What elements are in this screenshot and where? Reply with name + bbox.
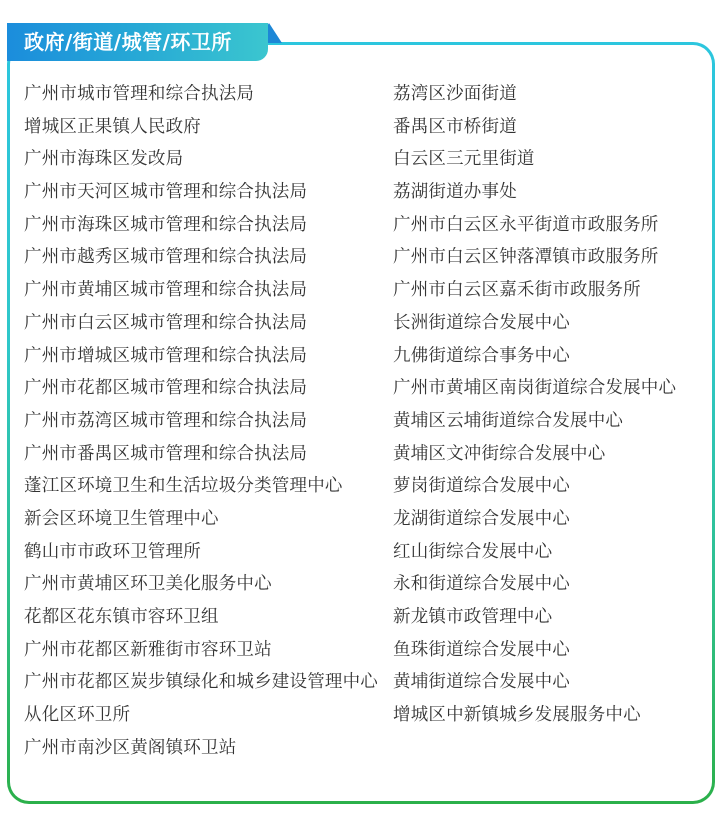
list-item: 广州市番禺区城市管理和综合执法局 bbox=[24, 440, 378, 473]
list-item: 广州市白云区城市管理和综合执法局 bbox=[24, 309, 378, 342]
list-item: 黄埔街道综合发展中心 bbox=[393, 668, 676, 701]
list-item: 广州市南沙区黄阁镇环卫站 bbox=[24, 734, 378, 767]
list-item: 红山街综合发展中心 bbox=[393, 538, 676, 571]
list-item: 广州市白云区永平街道市政服务所 bbox=[393, 211, 676, 244]
left-column-list: 广州市城市管理和综合执法局 增城区正果镇人民政府 广州市海珠区发改局 广州市天河… bbox=[24, 80, 378, 766]
list-item: 广州市白云区嘉禾街市政服务所 bbox=[393, 276, 676, 309]
list-item: 黄埔区云埔街道综合发展中心 bbox=[393, 407, 676, 440]
list-item: 广州市黄埔区南岗街道综合发展中心 bbox=[393, 374, 676, 407]
list-item: 白云区三元里街道 bbox=[393, 145, 676, 178]
list-item: 花都区花东镇市容环卫组 bbox=[24, 603, 378, 636]
list-item: 广州市越秀区城市管理和综合执法局 bbox=[24, 243, 378, 276]
list-item: 从化区环卫所 bbox=[24, 701, 378, 734]
list-item: 广州市黄埔区城市管理和综合执法局 bbox=[24, 276, 378, 309]
list-item: 黄埔区文冲街综合发展中心 bbox=[393, 440, 676, 473]
list-item: 广州市花都区新雅街市容环卫站 bbox=[24, 636, 378, 669]
list-item: 荔湖街道办事处 bbox=[393, 178, 676, 211]
list-item: 广州市城市管理和综合执法局 bbox=[24, 80, 378, 113]
list-item: 番禺区市桥街道 bbox=[393, 113, 676, 146]
list-item: 广州市黄埔区环卫美化服务中心 bbox=[24, 570, 378, 603]
list-item: 萝岗街道综合发展中心 bbox=[393, 472, 676, 505]
list-item: 广州市花都区炭步镇绿化和城乡建设管理中心 bbox=[24, 668, 378, 701]
list-item: 广州市增城区城市管理和综合执法局 bbox=[24, 342, 378, 375]
list-item: 长洲街道综合发展中心 bbox=[393, 309, 676, 342]
section-title: 政府/街道/城管/环卫所 bbox=[7, 23, 268, 61]
list-item: 广州市天河区城市管理和综合执法局 bbox=[24, 178, 378, 211]
right-column-list: 荔湾区沙面街道 番禺区市桥街道 白云区三元里街道 荔湖街道办事处 广州市白云区永… bbox=[393, 80, 676, 734]
list-item: 增城区中新镇城乡发展服务中心 bbox=[393, 701, 676, 734]
list-item: 新会区环境卫生管理中心 bbox=[24, 505, 378, 538]
list-item: 鹤山市市政环卫管理所 bbox=[24, 538, 378, 571]
list-item: 广州市荔湾区城市管理和综合执法局 bbox=[24, 407, 378, 440]
list-item: 广州市花都区城市管理和综合执法局 bbox=[24, 374, 378, 407]
list-item: 永和街道综合发展中心 bbox=[393, 570, 676, 603]
list-item: 广州市海珠区城市管理和综合执法局 bbox=[24, 211, 378, 244]
list-item: 龙湖街道综合发展中心 bbox=[393, 505, 676, 538]
list-item: 九佛街道综合事务中心 bbox=[393, 342, 676, 375]
list-item: 蓬江区环境卫生和生活垃圾分类管理中心 bbox=[24, 472, 378, 505]
list-item: 增城区正果镇人民政府 bbox=[24, 113, 378, 146]
list-item: 广州市白云区钟落潭镇市政服务所 bbox=[393, 243, 676, 276]
list-item: 新龙镇市政管理中心 bbox=[393, 603, 676, 636]
list-item: 广州市海珠区发改局 bbox=[24, 145, 378, 178]
list-item: 鱼珠街道综合发展中心 bbox=[393, 636, 676, 669]
list-item: 荔湾区沙面街道 bbox=[393, 80, 676, 113]
